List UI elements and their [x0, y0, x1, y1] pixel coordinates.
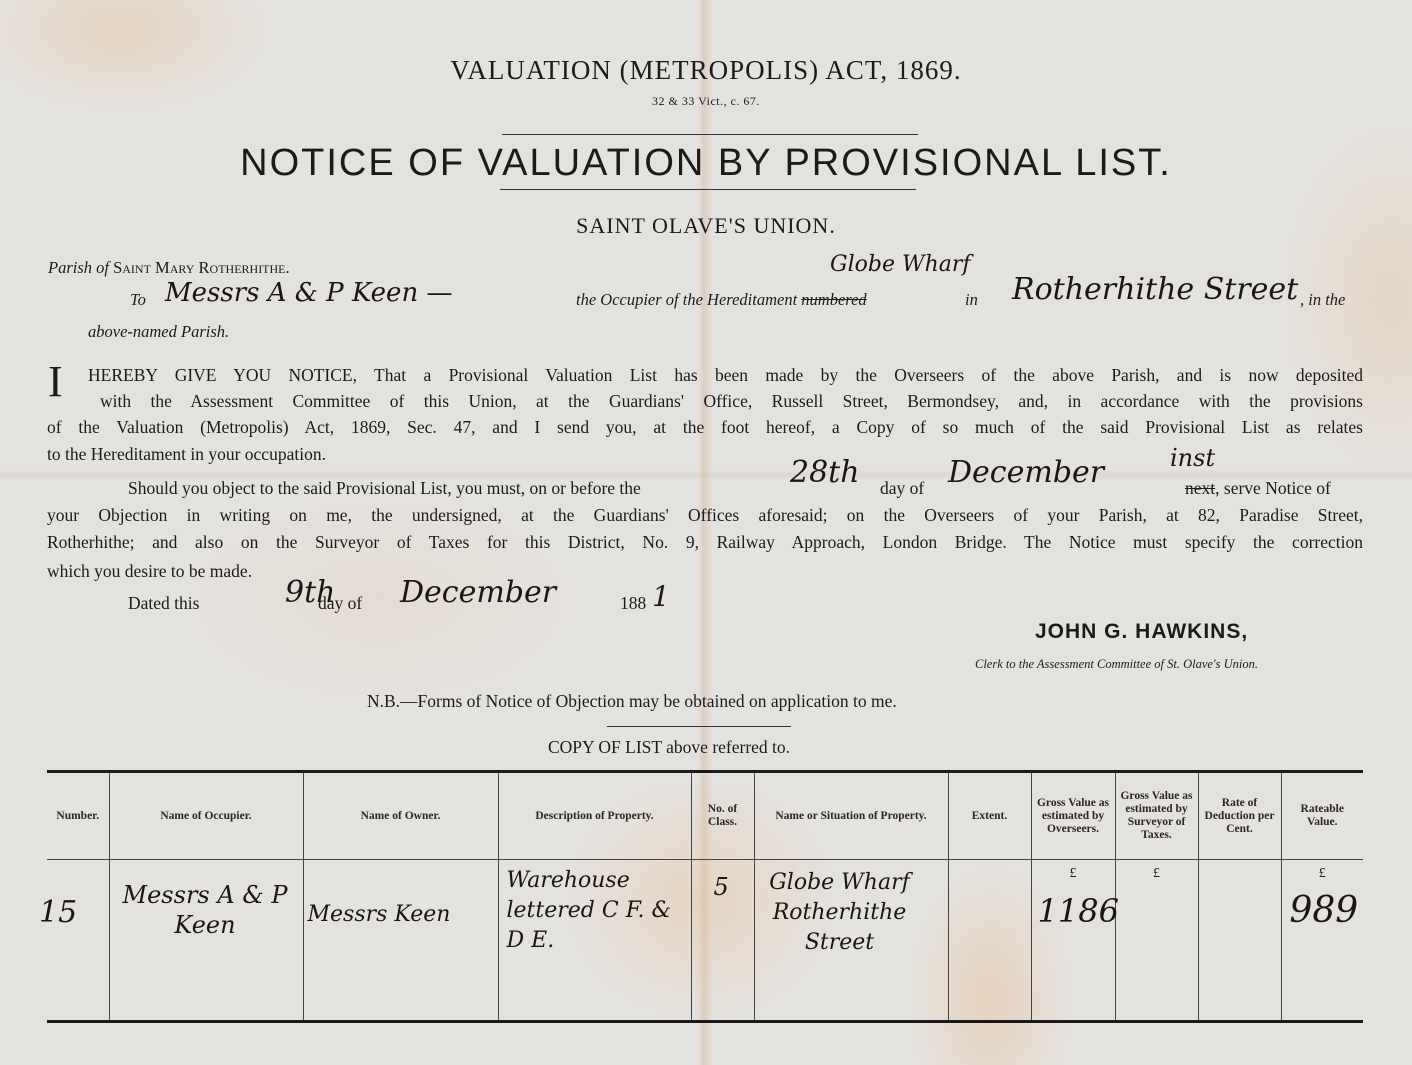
p1-line4: to the Hereditament in your occupation. — [47, 444, 326, 465]
col-situation: Name or Situation of Property. — [754, 772, 948, 860]
table-row: 15 Messrs A & P Keen Messrs Keen Warehou… — [47, 860, 1363, 1022]
above-named-parish: above-named Parish. — [88, 322, 229, 342]
number-value: 15 — [39, 898, 77, 928]
struck-word: numbered — [801, 290, 866, 309]
cell-situation: Globe Wharf Rotherhithe Street — [754, 860, 948, 1022]
owner-value: Messrs Keen — [308, 900, 498, 930]
nb-note: N.B.—Forms of Notice of Objection may be… — [367, 691, 897, 712]
occupier-label: the Occupier of the Hereditament — [576, 290, 797, 309]
occupier-value: Messrs A & P Keen — [118, 880, 293, 940]
act-title: VALUATION (METROPOLIS) ACT, 1869. — [0, 55, 1412, 86]
act-reference: 32 & 33 Vict., c. 67. — [0, 94, 1412, 109]
col-gross-overseers: Gross Value as estimated by Overseers. — [1031, 772, 1115, 860]
situation-value: Globe Wharf Rotherhithe Street — [765, 868, 915, 958]
objection-day-handwritten: 28th — [790, 455, 860, 490]
in-the-label: , in the — [1300, 290, 1345, 310]
p2-line2: your Objection in writing on me, the und… — [47, 505, 1363, 526]
pound-sign: £ — [1116, 866, 1198, 882]
class-value: 5 — [714, 872, 729, 902]
dated-year-printed: 188 — [620, 593, 646, 614]
col-owner: Name of Owner. — [303, 772, 498, 860]
dated-label: Dated this — [128, 593, 199, 614]
cell-occupier: Messrs A & P Keen — [109, 860, 303, 1022]
p2-line1-a: Should you object to the said Provisiona… — [128, 478, 641, 499]
divider-list — [607, 726, 791, 727]
dated-month-handwritten: December — [400, 575, 556, 610]
p2-line3: Rotherhithe; and also on the Surveyor of… — [47, 532, 1363, 553]
inst-handwritten: inst — [1170, 444, 1215, 472]
col-number: Number. — [47, 772, 109, 860]
dated-year-handwritten: 1 — [652, 580, 670, 613]
parish-label: Parish of — [48, 258, 109, 277]
col-gross-surveyor: Gross Value as estimated by Surveyor of … — [1115, 772, 1198, 860]
dropcap-i: I — [48, 360, 63, 404]
p2-line1-b: next, serve Notice of — [1185, 478, 1331, 499]
signatory-title: Clerk to the Assessment Committee of St.… — [975, 657, 1258, 672]
valuation-list-table: Number. Name of Occupier. Name of Owner.… — [47, 770, 1363, 1023]
divider-bottom — [500, 189, 916, 190]
parish-line: Parish of Saint Mary Rotherhithe. — [48, 258, 290, 278]
dated-day-of: day of — [318, 593, 362, 614]
pound-sign: £ — [1032, 866, 1115, 882]
hereditament-handwritten: Globe Wharf — [830, 252, 971, 277]
p1-line2: with the Assessment Committee of this Un… — [100, 391, 1363, 412]
col-deduction: Rate of Deduction per Cent. — [1198, 772, 1281, 860]
gross-overseers-value: 1186 — [1038, 896, 1119, 926]
in-label: in — [965, 290, 978, 310]
col-extent: Extent. — [948, 772, 1031, 860]
divider-top — [502, 134, 918, 135]
street-handwritten: Rotherhithe Street — [1012, 272, 1298, 307]
signatory-name: JOHN G. HAWKINS, — [1035, 620, 1248, 644]
cell-extent — [948, 860, 1031, 1022]
parish-name: Saint Mary Rotherhithe. — [113, 258, 290, 277]
objection-month-handwritten: December — [948, 455, 1104, 490]
cell-class: 5 — [691, 860, 754, 1022]
rateable-value: 989 — [1290, 896, 1359, 926]
cell-number: 15 — [47, 860, 109, 1022]
table-header-row: Number. Name of Occupier. Name of Owner.… — [47, 772, 1363, 860]
p2-line4: which you desire to be made. — [47, 561, 252, 582]
to-label: To — [130, 290, 146, 310]
union-name: SAINT OLAVE'S UNION. — [0, 213, 1412, 239]
struck-next: next — [1185, 478, 1215, 498]
copy-of-list-heading: COPY OF LIST above referred to. — [548, 737, 790, 758]
to-name-handwritten: Messrs A & P Keen — — [165, 278, 452, 308]
p1-line1: HEREBY GIVE YOU NOTICE, That a Provision… — [88, 365, 1363, 386]
col-occupier: Name of Occupier. — [109, 772, 303, 860]
cell-description: Warehouse lettered C F. & D E. — [498, 860, 691, 1022]
cell-rateable: £ 989 — [1281, 860, 1363, 1022]
pound-sign: £ — [1282, 866, 1364, 882]
notice-title: NOTICE OF VALUATION BY PROVISIONAL LIST. — [0, 142, 1412, 185]
cell-gross-surveyor: £ — [1115, 860, 1198, 1022]
p2-day-of: day of — [880, 478, 924, 499]
col-class: No. of Class. — [691, 772, 754, 860]
cell-gross-overseers: £ 1186 — [1031, 860, 1115, 1022]
copy-of-list-caps: COPY OF LIST — [548, 737, 662, 757]
description-value: Warehouse lettered C F. & D E. — [507, 866, 682, 956]
cell-deduction — [1198, 860, 1281, 1022]
serve-notice-text: , serve Notice of — [1215, 478, 1331, 498]
col-description: Description of Property. — [498, 772, 691, 860]
p1-line3: of the Valuation (Metropolis) Act, 1869,… — [47, 417, 1363, 438]
occupier-text: the Occupier of the Hereditament numbere… — [576, 290, 867, 310]
cell-owner: Messrs Keen — [303, 860, 498, 1022]
copy-of-list-rest: above referred to. — [662, 737, 790, 757]
col-rateable: Rateable Value. — [1281, 772, 1363, 860]
